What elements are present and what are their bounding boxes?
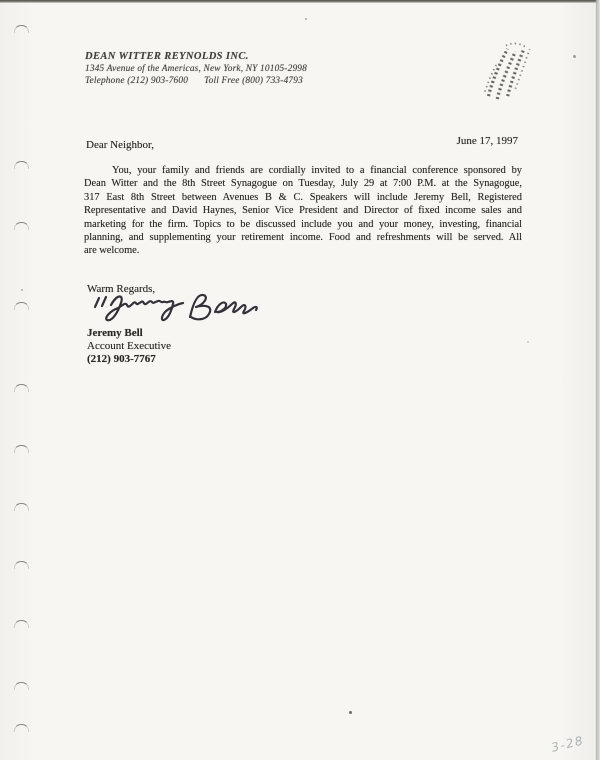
scan-speck <box>573 55 576 58</box>
binder-hole <box>14 561 29 569</box>
binder-hole <box>14 25 29 33</box>
binder-hole <box>14 503 29 511</box>
scan-speck <box>305 18 307 20</box>
scan-speck <box>349 711 352 714</box>
letterhead-company: DEAN WITTER REYNOLDS INC. <box>85 51 307 62</box>
signer-name: Jeremy Bell <box>87 327 143 339</box>
letterhead-address: 1345 Avenue of the Americas, New York, N… <box>85 64 307 74</box>
scan-speck <box>21 289 23 291</box>
body-line: marketing for the firm. Topics to be dis… <box>84 218 522 231</box>
letter-date: June 17, 1997 <box>370 135 518 147</box>
signer-phone: (212) 903-7767 <box>87 353 156 365</box>
binder-hole <box>14 222 29 230</box>
body-line: Dean Witter and the 8th Street Synagogue… <box>84 177 522 190</box>
binder-hole <box>14 620 29 628</box>
binder-hole <box>14 302 29 310</box>
ink-stamp <box>479 34 537 114</box>
pencil-note: 3-28 <box>550 733 586 755</box>
body-line: You, your family and friends are cordial… <box>84 164 522 177</box>
scan-speck <box>527 341 529 343</box>
letterhead-telephone: Telephone (212) 903-7600 <box>85 76 188 86</box>
body-line: Representative and David Haynes, Senior … <box>84 204 522 217</box>
signer-title: Account Executive <box>87 340 171 352</box>
binder-hole <box>14 724 29 732</box>
letter-body: You, your family and friends are cordial… <box>84 164 522 258</box>
body-line: 317 East 8th Street between Avenues B & … <box>84 191 522 204</box>
letterhead-tollfree: Toll Free (800) 733-4793 <box>204 76 303 86</box>
letterhead-phones: Telephone (212) 903-7600Toll Free (800) … <box>85 76 307 86</box>
binder-hole <box>14 682 29 690</box>
scan-edge-top <box>0 0 600 3</box>
body-line: are welcome. <box>84 244 522 257</box>
salutation: Dear Neighbor, <box>86 139 154 151</box>
body-line: planning, and supplementing your retirem… <box>84 231 522 244</box>
binder-hole <box>14 384 29 392</box>
binder-hole <box>14 445 29 453</box>
scan-edge-right <box>595 0 600 760</box>
scanned-letter-page: DEAN WITTER REYNOLDS INC. 1345 Avenue of… <box>0 0 600 760</box>
binder-hole <box>14 161 29 169</box>
letterhead: DEAN WITTER REYNOLDS INC. 1345 Avenue of… <box>85 51 307 86</box>
